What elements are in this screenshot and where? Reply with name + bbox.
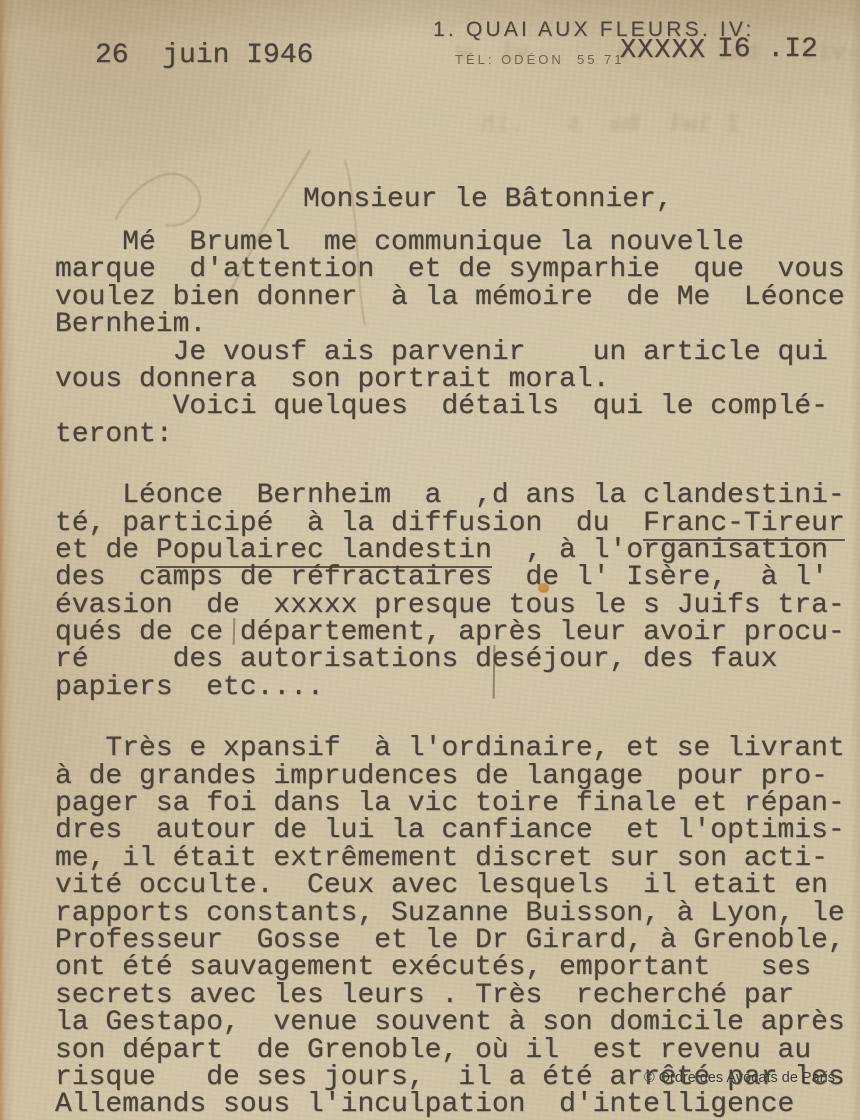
letter-line: me, il était extrêmement discret sur son… [55, 845, 860, 872]
letter-line: dres autour de lui la canfiance et l'opt… [55, 817, 860, 844]
ink-dot [538, 583, 549, 593]
letter-line: évasion de xxxxx presque tous le s Juifs… [55, 592, 860, 619]
letter-line: Voici quelques détails qui le complé- [55, 393, 860, 420]
letter-line: vous donnera son portrait moral. [55, 366, 860, 393]
strikeout-xxxxx: XXXXX [620, 36, 706, 66]
letterhead-address: 1. QUAI AUX FLEURS. IV: [433, 18, 754, 42]
letter-line: son départ de Grenoble, où il est revenu… [55, 1037, 860, 1064]
letter-line: Bernheim. [55, 311, 860, 338]
letter-line: ré des autorisations deséjour, des faux [55, 646, 860, 673]
letter-line: teront: [55, 421, 860, 448]
letter-line: des camps de réfractaires de l' Isère, à… [55, 564, 860, 591]
letter-line: à de grandes imprudences de langage pour… [55, 763, 860, 790]
letter-line: pager sa foi dans la vic toire finale et… [55, 790, 860, 817]
letter-line: Mé Brumel me communique la nouvelle [55, 229, 860, 256]
letterhead-telephone: TÉL: ODÉON 55 71 [455, 52, 625, 67]
letter-line: rapports constants, Suzanne Buisson, à L… [55, 900, 860, 927]
letter-line: ont été sauvagement exécutés, emportant … [55, 954, 860, 981]
letter-line: Allemands sous l'inculpation d'intellige… [55, 1091, 860, 1118]
letter-line: voulez bien donner à la mémoire de Me Lé… [55, 284, 860, 311]
salutation: Monsieur le Bâtonnier, [303, 184, 673, 215]
letter-body: Mé Brumel me communique la nouvellemarqu… [55, 229, 860, 1119]
letter-line: la Gestapo, venue souvent à son domicile… [55, 1009, 860, 1036]
letter-line: et de Populairec landestin , à l'organis… [55, 537, 860, 564]
copyright-watermark: © Ordre des Avocats de Paris [644, 1070, 835, 1086]
letter-page: -viv bat i .rs vi w I iwl ba s .ih 1. QU… [0, 0, 860, 1120]
letter-line: marque d'attention et de symparhie que v… [55, 256, 860, 283]
letter-line: Très e xpansif à l'ordinaire, et se livr… [55, 735, 860, 762]
telephone-number-typed: I6 .I2 [717, 34, 818, 65]
letter-line: Léonce Bernheim a ,d ans la clandestini- [55, 482, 860, 509]
letter-line: secrets avec les leurs . Très recherché … [55, 982, 860, 1009]
date-line: 26 juin I946 [95, 40, 313, 71]
letter-line: papiers etc.... [55, 674, 860, 701]
letter-line: qués de ce département, après leur avoir… [55, 619, 860, 646]
letter-line: Je vousf ais parvenir un article qui [55, 339, 860, 366]
letter-line: té, participé à la diffusion du Franc-Ti… [55, 510, 860, 537]
letter-line: vité occulte. Ceux avec lesquels il etai… [55, 872, 860, 899]
letter-line: Professeur Gosse et le Dr Girard, à Gren… [55, 927, 860, 954]
